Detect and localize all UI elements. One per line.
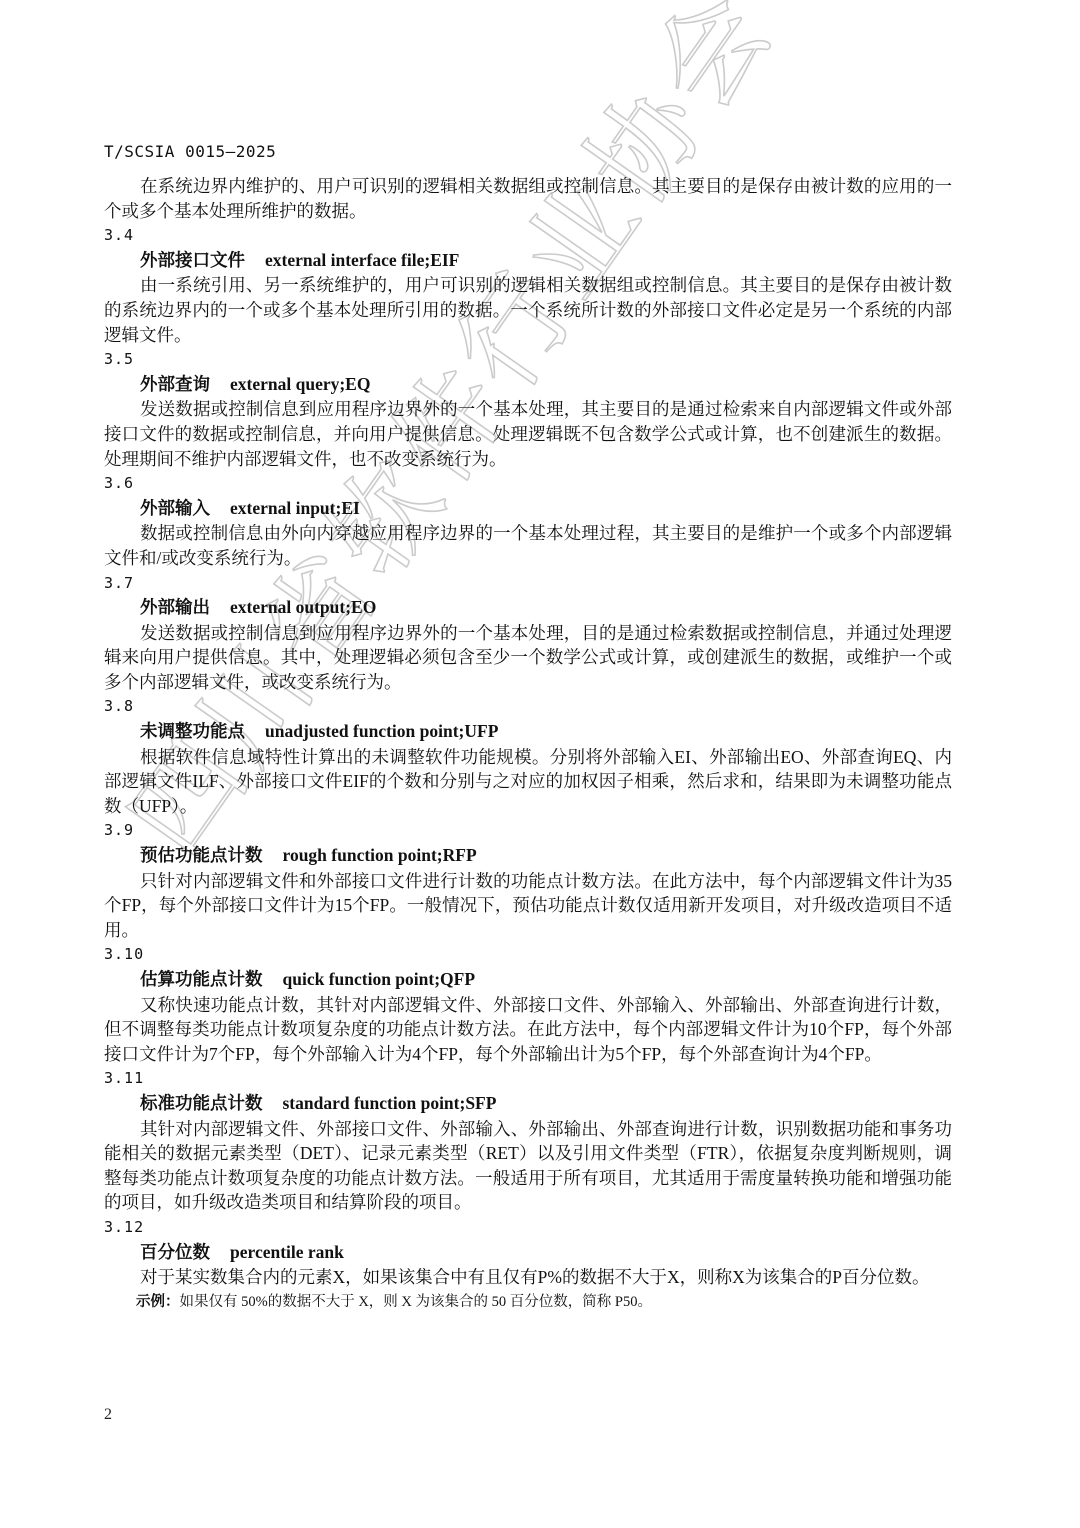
term-cn: 外部接口文件 [140,251,245,271]
term-heading: 预估功能点计数rough function point;RFP [104,843,952,869]
intro-paragraph: 在系统边界内维护的、用户可识别的逻辑相关数据组或控制信息。其主要目的是保存由被计… [104,174,952,223]
section-number: 3.7 [104,571,952,596]
term-en: rough function point;RFP [283,845,477,865]
section-number: 3.4 [104,223,952,248]
term-cn: 估算功能点计数 [140,970,263,990]
section-3-9: 3.9 预估功能点计数rough function point;RFP 只针对内… [104,818,952,942]
term-cn: 百分位数 [140,1243,210,1263]
definition: 由一系统引用、另一系统维护的，用户可识别的逻辑相关数据组或控制信息。其主要目的是… [104,273,952,347]
term-heading: 外部输出external output;EO [104,595,952,621]
section-3-10: 3.10 估算功能点计数quick function point;QFP 又称快… [104,942,952,1066]
document-body: 在系统边界内维护的、用户可识别的逻辑相关数据组或控制信息。其主要目的是保存由被计… [104,174,952,1314]
example-text: 如果仅有 50%的数据不大于 X，则 X 为该集合的 50 百分位数，简称 P5… [180,1294,652,1310]
section-3-6: 3.6 外部输入external input;EI 数据或控制信息由外向内穿越应… [104,471,952,570]
term-heading: 标准功能点计数standard function point;SFP [104,1091,952,1117]
page-number: 2 [104,1406,112,1424]
term-en: external interface file;EIF [265,250,459,270]
term-cn: 外部查询 [140,375,210,395]
definition: 发送数据或控制信息到应用程序边界外的一个基本处理，其主要目的是通过检索来自内部逻… [104,397,952,471]
term-en: external output;EO [230,597,376,617]
term-cn: 未调整功能点 [140,722,245,742]
term-en: percentile rank [230,1242,344,1262]
section-3-7: 3.7 外部输出external output;EO 发送数据或控制信息到应用程… [104,571,952,695]
section-3-8: 3.8 未调整功能点unadjusted function point;UFP … [104,694,952,818]
section-number: 3.6 [104,471,952,496]
term-heading: 百分位数percentile rank [104,1240,952,1266]
definition: 其针对内部逻辑文件、外部接口文件、外部输入、外部输出、外部查询进行计数，识别数据… [104,1117,952,1215]
definition: 对于某实数集合内的元素X，如果该集合中有且仅有P%的数据不大于X，则称X为该集合… [104,1265,952,1290]
term-en: unadjusted function point;UFP [265,721,498,741]
definition: 只针对内部逻辑文件和外部接口文件进行计数的功能点计数方法。在此方法中，每个内部逻… [104,869,952,943]
term-en: external query;EQ [230,374,370,394]
section-3-4: 3.4 外部接口文件external interface file;EIF 由一… [104,223,952,347]
section-number: 3.8 [104,694,952,719]
term-cn: 预估功能点计数 [140,846,263,866]
section-number: 3.9 [104,818,952,843]
standard-code: T/SCSIA 0015—2025 [104,142,276,161]
term-heading: 外部接口文件external interface file;EIF [104,248,952,274]
section-3-12: 3.12 百分位数percentile rank 对于某实数集合内的元素X，如果… [104,1215,952,1314]
term-en: standard function point;SFP [283,1093,497,1113]
section-number: 3.12 [104,1215,952,1240]
term-heading: 外部查询external query;EQ [104,372,952,398]
section-number: 3.5 [104,347,952,372]
term-cn: 外部输入 [140,499,210,519]
example-label: 示例： [136,1294,180,1310]
definition: 发送数据或控制信息到应用程序边界外的一个基本处理，目的是通过检索数据或控制信息，… [104,621,952,695]
section-number: 3.10 [104,942,952,967]
section-number: 3.11 [104,1066,952,1091]
term-cn: 外部输出 [140,598,210,618]
definition: 又称快速功能点计数，其针对内部逻辑文件、外部接口文件、外部输入、外部输出、外部查… [104,993,952,1067]
example-note: 示例：如果仅有 50%的数据不大于 X，则 X 为该集合的 50 百分位数，简称… [104,1290,952,1315]
section-3-5: 3.5 外部查询external query;EQ 发送数据或控制信息到应用程序… [104,347,952,471]
definition: 数据或控制信息由外向内穿越应用程序边界的一个基本处理过程，其主要目的是维护一个或… [104,521,952,570]
section-3-11: 3.11 标准功能点计数standard function point;SFP … [104,1066,952,1215]
document-page: 四川省软件行业协会 T/SCSIA 0015—2025 在系统边界内维护的、用户… [0,0,1080,1528]
term-cn: 标准功能点计数 [140,1094,263,1114]
term-en: external input;EI [230,498,360,518]
term-heading: 估算功能点计数quick function point;QFP [104,967,952,993]
definition: 根据软件信息域特性计算出的未调整软件功能规模。分别将外部输入EI、外部输出EO、… [104,745,952,819]
term-en: quick function point;QFP [283,969,476,989]
term-heading: 未调整功能点unadjusted function point;UFP [104,719,952,745]
term-heading: 外部输入external input;EI [104,496,952,522]
